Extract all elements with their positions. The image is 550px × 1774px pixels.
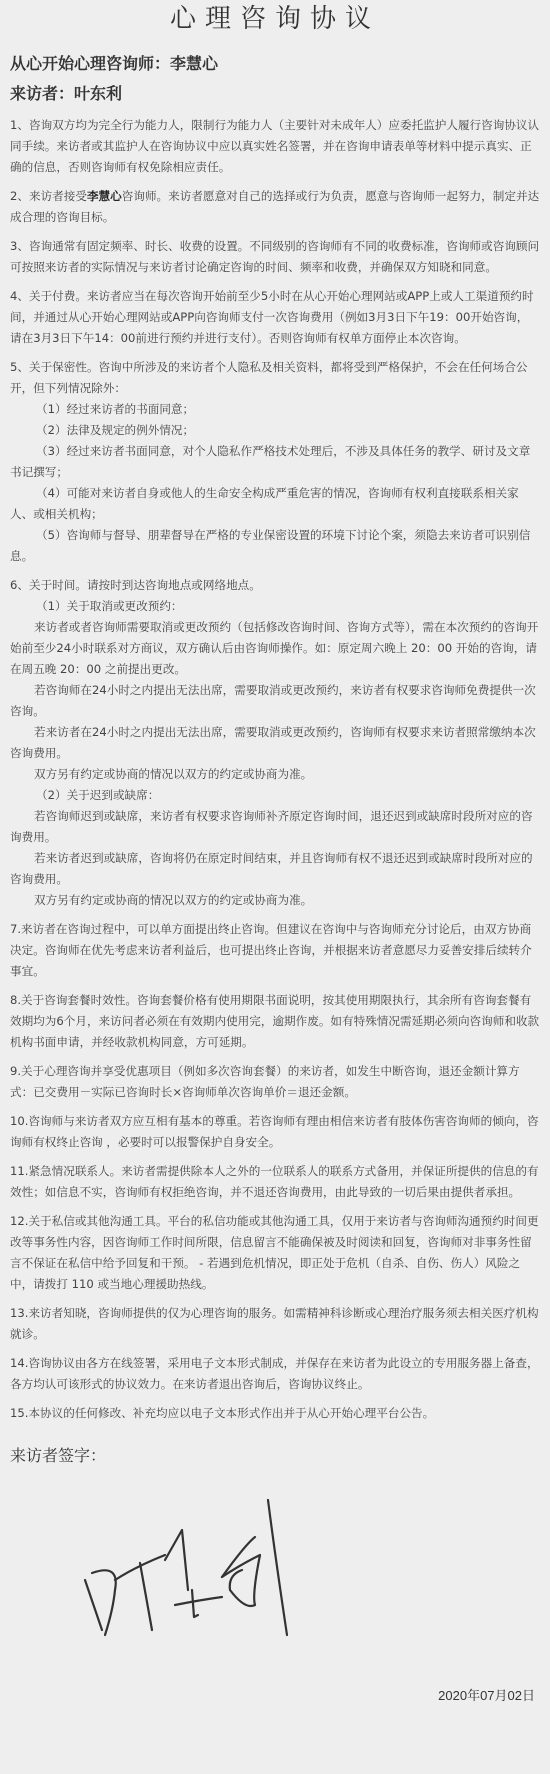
- clause-13: 13.来访者知晓，咨询师提供的仅为心理咨询的服务。如需精神科诊断或心理治疗服务须…: [10, 1303, 540, 1345]
- clause-6-paragraph: 双方另有约定或协商的情况以双方的约定或协商为准。: [10, 764, 540, 785]
- clause-3: 3、咨询通常有固定频率、时长、收费的设置。不同级别的咨询师有不同的收费标准，咨询…: [10, 236, 540, 278]
- clause-5-intro: 5、关于保密性。咨询中所涉及的来访者个人隐私及相关资料，都将受到严格保护，不会在…: [10, 357, 540, 399]
- handwritten-signature: [80, 1495, 300, 1645]
- clause-6-section-heading: （2）关于迟到或缺席：: [10, 785, 540, 806]
- clause-6-paragraph: 若来访者在24小时之内提出无法出席，需要取消或更改预约，咨询师有权要求来访者照常…: [10, 722, 540, 764]
- signature-label: 来访者签字：: [10, 1444, 540, 1468]
- clause-9: 9.关于心理咨询并享受优惠项目（例如多次咨询套餐）的来访者，如发生中断咨询，退还…: [10, 1061, 540, 1103]
- page-title: 心理咨询协议: [10, 0, 540, 38]
- clause-6-paragraph: 若来访者迟到或缺席，咨询将仍在原定时间结束，并且咨询师有权不退还迟到或缺席时段所…: [10, 848, 540, 890]
- clause-6-paragraph: 若咨询师迟到或缺席，来访者有权要求咨询师补齐原定咨询时间，退还迟到或缺席时段所对…: [10, 806, 540, 848]
- clause-5-item: （3）经过来访者书面同意，对个人隐私作严格技术处理后，不涉及具体任务的教学、研讨…: [10, 441, 540, 483]
- clause-12: 12.关于私信或其他沟通工具。平台的私信功能或其他沟通工具，仅用于来访者与咨询师…: [10, 1211, 540, 1295]
- clause-5-item: （1）经过来访者的书面同意；: [10, 399, 540, 420]
- clause-5-item: （2）法律及规定的例外情况；: [10, 420, 540, 441]
- clause-5-item: （4）可能对来访者自身或他人的生命安全构成严重危害的情况，咨询师有权利直接联系相…: [10, 483, 540, 525]
- agreement-body: 1、咨询双方均为完全行为能力人，限制行为能力人（主要针对未成年人）应委托监护人履…: [10, 115, 540, 1424]
- clause-4: 4、关于付费。来访者应当在每次咨询开始前至少5小时在从心开始心理网站或APP上或…: [10, 286, 540, 349]
- clause-7: 7.来访者在咨询过程中，可以单方面提出终止咨询。但建议在咨询中与咨询师充分讨论后…: [10, 919, 540, 982]
- clause-6-section-heading: （1）关于取消或更改预约：: [10, 596, 540, 617]
- clause-15: 15.本协议的任何修改、补充均应以电子文本形式作出并于从心开始心理平台公告。: [10, 1403, 540, 1424]
- clause-6-intro: 6、关于时间。请按时到达咨询地点或网络地点。: [10, 575, 540, 596]
- clause-11: 11.紧急情况联系人。来访者需提供除本人之外的一位联系人的联系方式备用，并保证所…: [10, 1161, 540, 1203]
- clause-2: 2、来访者接受李慧心咨询师。来访者愿意对自己的选择或行为负责，愿意与咨询师一起努…: [10, 186, 540, 228]
- clause-1: 1、咨询双方均为完全行为能力人，限制行为能力人（主要针对未成年人）应委托监护人履…: [10, 115, 540, 178]
- counselor-name: 李慧心: [87, 189, 122, 203]
- clause-14: 14.咨询协议由各方在线签署，采用电子文本形式制成，并保存在来访者为此设立的专用…: [10, 1353, 540, 1395]
- clause-5: 5、关于保密性。咨询中所涉及的来访者个人隐私及相关资料，都将受到严格保护，不会在…: [10, 357, 540, 567]
- signing-date: 2020年07月02日: [438, 1685, 535, 1704]
- clause-6: 6、关于时间。请按时到达咨询地点或网络地点。 （1）关于取消或更改预约： 来访者…: [10, 575, 540, 911]
- counselor-line: 从心开始心理咨询师：李慧心: [10, 49, 540, 79]
- clause-2-prefix: 2、来访者接受: [10, 189, 87, 203]
- clause-6-paragraph: 双方另有约定或协商的情况以双方的约定或协商为准。: [10, 890, 540, 911]
- clause-6-paragraph: 若咨询师在24小时之内提出无法出席，需要取消或更改预约，来访者有权要求咨询师免费…: [10, 680, 540, 722]
- clause-6-paragraph: 来访者或者咨询师需要取消或更改预约（包括修改咨询时间、咨询方式等），需在本次预约…: [10, 617, 540, 680]
- agreement-page: 心理咨询协议 从心开始心理咨询师：李慧心 来访者：叶东利 1、咨询双方均为完全行…: [0, 0, 550, 1468]
- clause-5-item: （5）咨询师与督导、朋辈督导在严格的专业保密设置的环境下讨论个案，须隐去来访者可…: [10, 525, 540, 567]
- clause-10: 10.咨询师与来访者双方应互相有基本的尊重。若咨询师有理由相信来访者有肢体伤害咨…: [10, 1111, 540, 1153]
- clause-8: 8.关于咨询套餐时效性。咨询套餐价格有使用期限书面说明，按其使用期限执行，其余所…: [10, 990, 540, 1053]
- visitor-line: 来访者：叶东利: [10, 79, 540, 109]
